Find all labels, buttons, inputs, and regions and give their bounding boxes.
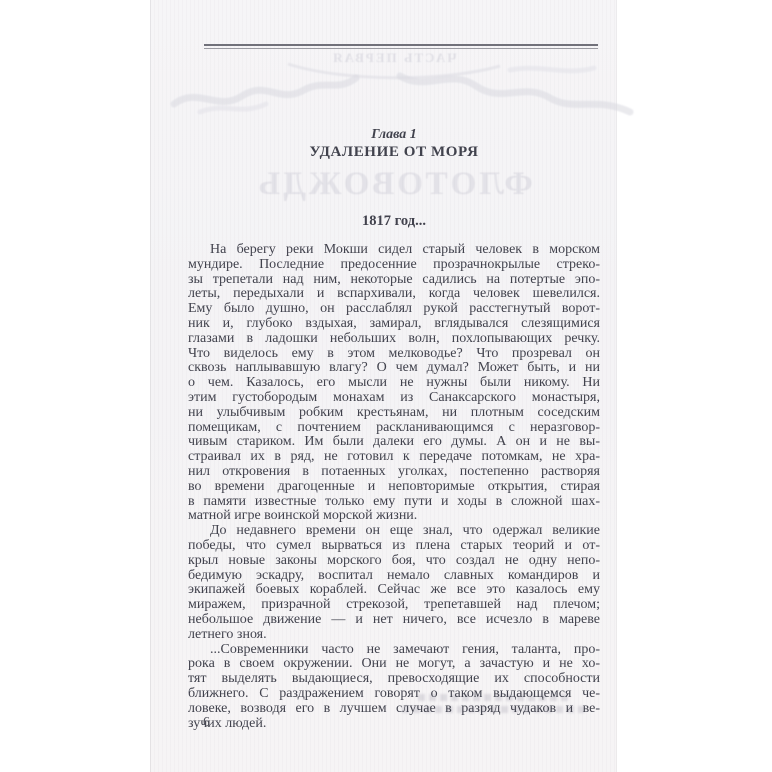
text-line: в памяти известные только ему пути и ход… — [188, 495, 600, 510]
text-line: крыл новые законы морского боя, что созд… — [188, 554, 600, 569]
text-line: леты, передыхали и вспархивали, когда че… — [188, 287, 600, 302]
text-line: До недавнего времени он еще знал, что од… — [188, 524, 600, 539]
text-line: ближнего. С раздражением говорят о таком… — [188, 687, 600, 702]
text-line: Что виделось ему в этом мелководье? Что … — [188, 347, 600, 362]
text-line: летнего зноя. — [188, 628, 600, 643]
book-page: ЧАСТЬ ПЕРВАЯ ФЛОТОВОЖДЬ Глава 1 УДАЛЕНИЕ… — [150, 0, 617, 772]
text-line: ...Современники часто не замечают гения,… — [188, 643, 600, 658]
header-rule — [204, 44, 598, 49]
paragraph: ...Современники часто не замечают гения,… — [188, 643, 600, 732]
text-line: миражем, призрачной стрекозой, трепетавш… — [188, 598, 600, 613]
text-line: глазами в ладошки небольших волн, похлоп… — [188, 332, 600, 347]
screenshot-root: { "colors": { "background": "#ffffff", "… — [0, 0, 772, 772]
text-layer: Глава 1 УДАЛЕНИЕ ОТ МОРЯ 1817 год... На … — [188, 0, 600, 772]
text-line: бедимую эскадру, воспитал немало славных… — [188, 569, 600, 584]
text-line: матной игре воинской морской жизни. — [188, 509, 600, 524]
text-line: нил откровения в потаенных уголках, пост… — [188, 465, 600, 480]
paragraph: На берегу реки Мокши сидел старый челове… — [188, 243, 600, 524]
text-line: страивал их в ряд, не готовил к передаче… — [188, 450, 600, 465]
page-number: 6 — [203, 714, 210, 730]
text-line: рока в своем окружении. Они не могут, а … — [188, 657, 600, 672]
text-line: ловеке, возводя его в лучшем случае в ра… — [188, 702, 600, 717]
text-line: экипажей боевых кораблей. Сейчас же все … — [188, 583, 600, 598]
text-line: небольшое движение — и нет ничего, все и… — [188, 613, 600, 628]
text-line: тят выделять выдающиеся, превосходящие и… — [188, 672, 600, 687]
text-line: зы трепетали над ним, некоторые садились… — [188, 273, 600, 288]
text-line: о чем. Казалось, его мысли не нужны были… — [188, 376, 600, 391]
section-heading: 1817 год... — [188, 213, 600, 230]
text-line: сквозь наплывавшую влагу? О чем думал? М… — [188, 361, 600, 376]
chapter-title: УДАЛЕНИЕ ОТ МОРЯ — [188, 143, 600, 161]
chapter-label: Глава 1 — [188, 126, 600, 143]
text-line: На берегу реки Мокши сидел старый челове… — [188, 243, 600, 258]
paragraph: До недавнего времени он еще знал, что од… — [188, 524, 600, 642]
text-line: во времени драгоценные и неповторимые от… — [188, 480, 600, 495]
text-line: этим густобородым монахам из Санаксарско… — [188, 391, 600, 406]
text-line: зучих людей. — [188, 717, 600, 732]
text-line: ни улыбчивым робким крестьянам, ни плотн… — [188, 406, 600, 421]
text-line: мундире. Последние предосенние прозрачно… — [188, 258, 600, 273]
text-line: помещикам, с почтением раскланивающимся … — [188, 421, 600, 436]
text-line: ник и, глубоко вздыхая, замирал, вглядыв… — [188, 317, 600, 332]
text-line: чивым стариком. Им были далеки его думы.… — [188, 435, 600, 450]
body-text: На берегу реки Мокши сидел старый челове… — [188, 243, 600, 731]
text-line: Ему было душно, он расслаблял рукой расс… — [188, 302, 600, 317]
text-line: победы, что сумел вырваться из плена ста… — [188, 539, 600, 554]
